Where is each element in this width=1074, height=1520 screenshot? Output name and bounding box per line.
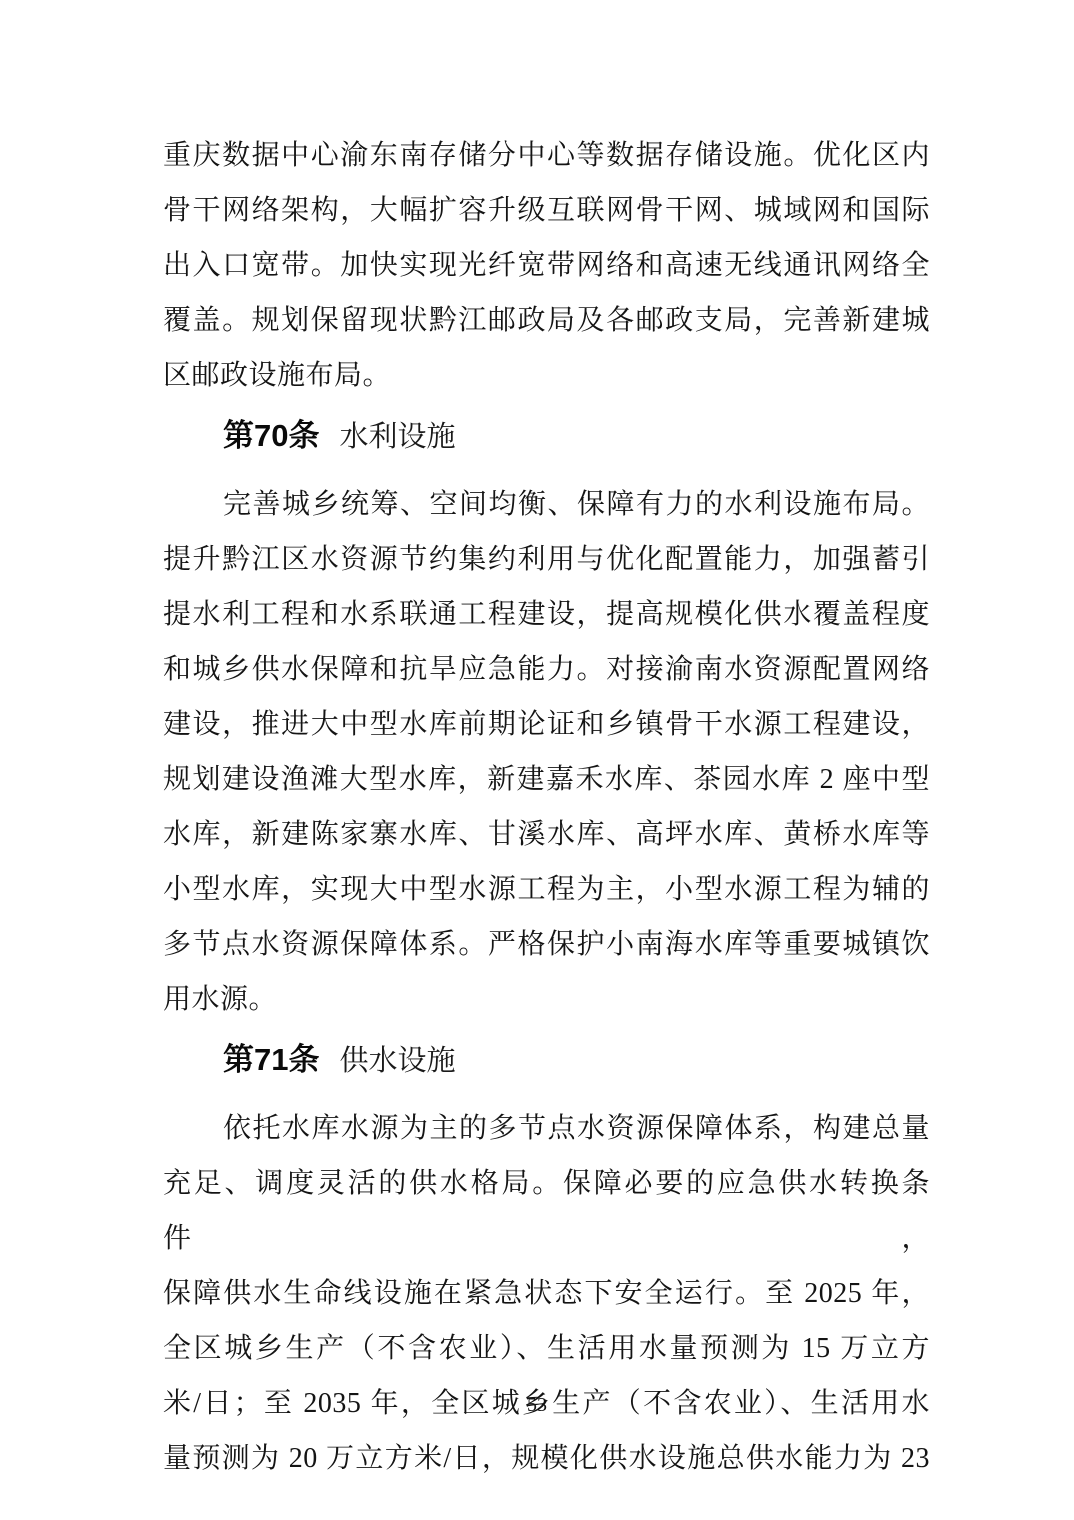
- paragraph-line: 重庆数据中心渝东南存储分中心等数据存储设施。优化区内: [163, 128, 930, 183]
- document-page: 重庆数据中心渝东南存储分中心等数据存储设施。优化区内 骨干网络架构，大幅扩容升级…: [0, 0, 1074, 1520]
- article-heading-70: 第70条 水利设施: [163, 408, 930, 469]
- paragraph-line: 完善城乡统筹、空间均衡、保障有力的水利设施布局。: [163, 477, 930, 532]
- article-number: 第70条: [223, 418, 319, 453]
- paragraph-line: 出入口宽带。加快实现光纤宽带网络和高速无线通讯网络全: [163, 238, 930, 293]
- paragraph-line: 提升黔江区水资源节约集约利用与优化配置能力，加强蓄引: [163, 532, 930, 587]
- paragraph-line: 小型水库，实现大中型水源工程为主，小型水源工程为辅的: [163, 862, 930, 917]
- paragraph-line: 建设，推进大中型水库前期论证和乡镇骨干水源工程建设，: [163, 697, 930, 752]
- paragraph-line: 保障供水生命线设施在紧急状态下安全运行。至 2025 年，: [163, 1266, 930, 1321]
- paragraph-line: 用水源。: [163, 972, 930, 1027]
- paragraph-line: 规划建设渔滩大型水库，新建嘉禾水库、茶园水库 2 座中型: [163, 752, 930, 807]
- page-footer: 53: [0, 1394, 1074, 1417]
- paragraph-line: 量预测为 20 万立方米/日，规模化供水设施总供水能力为 23: [163, 1431, 930, 1486]
- article-heading-71: 第71条 供水设施: [163, 1032, 930, 1093]
- paragraph-line: 提水利工程和水系联通工程建设，提高规模化供水覆盖程度: [163, 587, 930, 642]
- paragraph-line: 依托水库水源为主的多节点水资源保障体系，构建总量: [163, 1101, 930, 1156]
- article-title: 水利设施: [339, 421, 455, 453]
- article-title: 供水设施: [339, 1045, 455, 1077]
- article-number: 第71条: [223, 1042, 319, 1077]
- paragraph-line: 充足、调度灵活的供水格局。保障必要的应急供水转换条件，: [163, 1156, 930, 1266]
- paragraph-line: 骨干网络架构，大幅扩容升级互联网骨干网、城域网和国际: [163, 183, 930, 238]
- paragraph-line: 覆盖。规划保留现状黔江邮政局及各邮政支局，完善新建城: [163, 293, 930, 348]
- paragraph-line: 和城乡供水保障和抗旱应急能力。对接渝南水资源配置网络: [163, 642, 930, 697]
- page-number: 53: [527, 1394, 547, 1416]
- paragraph-line: 区邮政设施布局。: [163, 348, 930, 403]
- paragraph-line: 全区城乡生产（不含农业）、生活用水量预测为 15 万立方: [163, 1321, 930, 1376]
- paragraph-line: 水库，新建陈家寨水库、甘溪水库、高坪水库、黄桥水库等: [163, 807, 930, 862]
- page-content: 重庆数据中心渝东南存储分中心等数据存储设施。优化区内 骨干网络架构，大幅扩容升级…: [163, 128, 930, 1486]
- paragraph-line: 多节点水资源保障体系。严格保护小南海水库等重要城镇饮: [163, 917, 930, 972]
